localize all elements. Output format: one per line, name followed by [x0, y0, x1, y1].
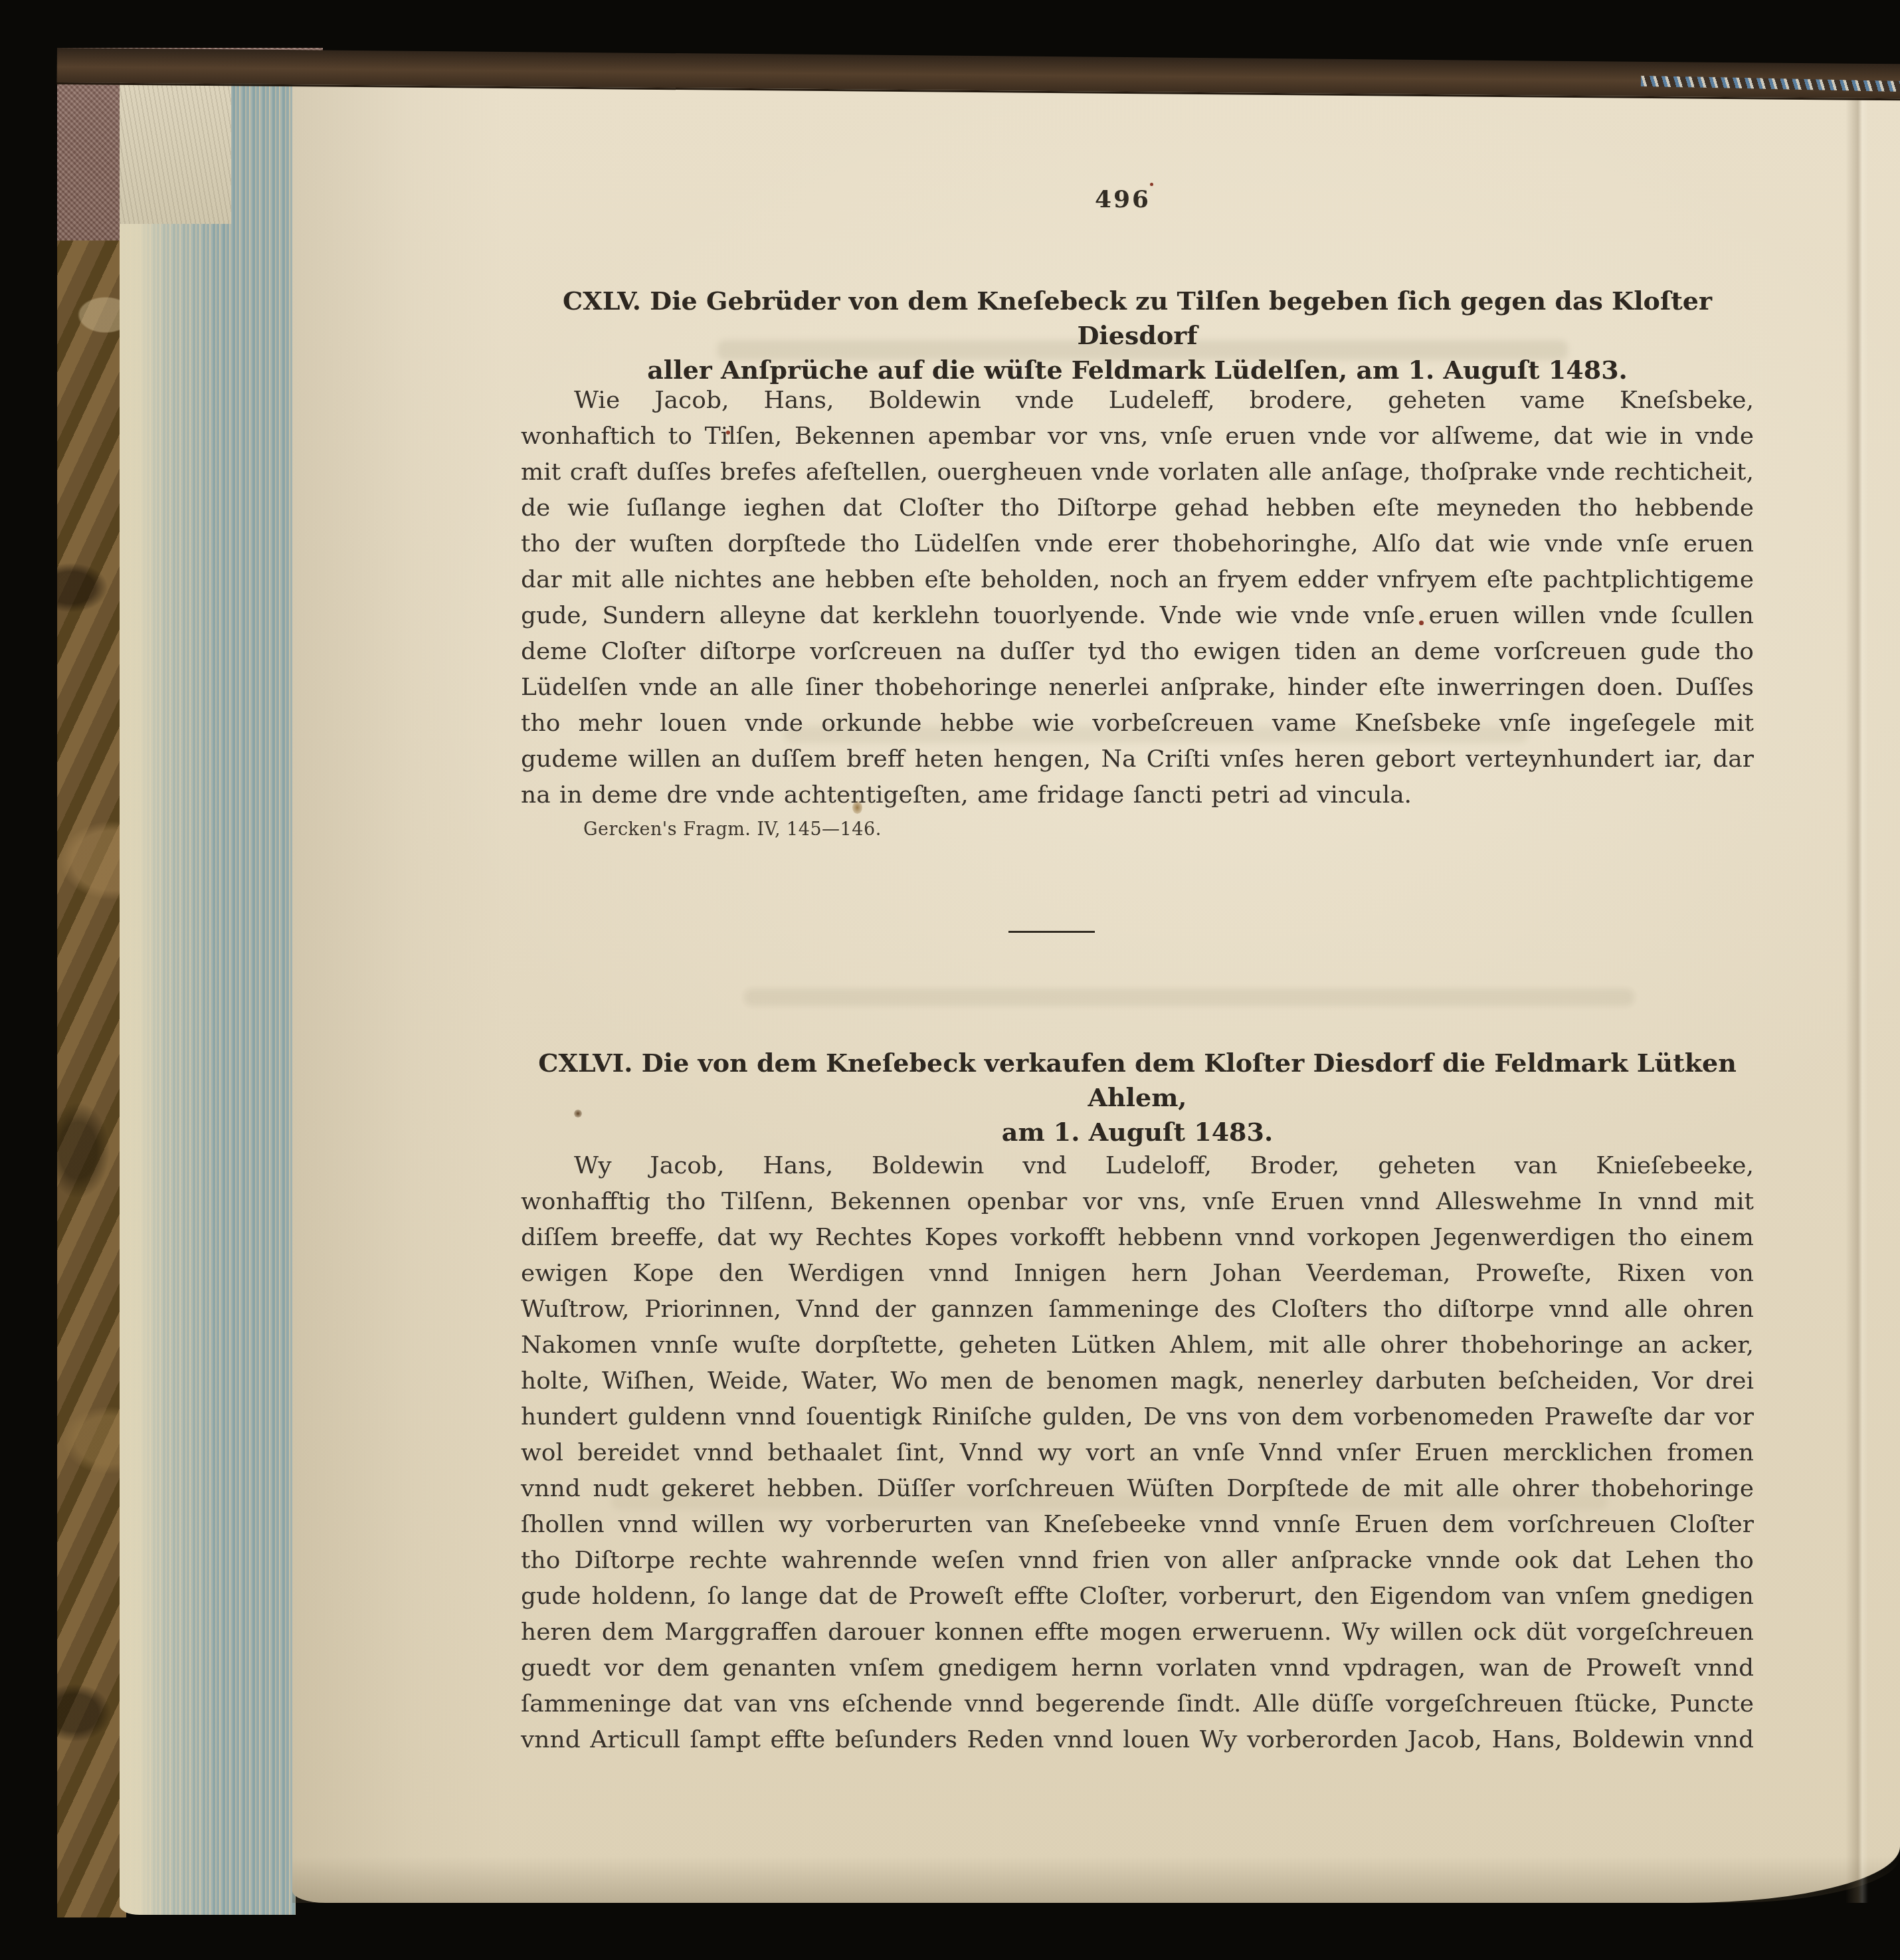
paper-stain [574, 1110, 582, 1118]
body-line: tho mehr louen vnde orkunde hebbe wie vo… [521, 706, 1754, 741]
body-line: Wy Jacob, Hans, Boldewin vnd Ludeloff, B… [521, 1148, 1754, 1184]
book-scan: 496 CXLV. Die Gebrüder von dem Kneſebeck… [0, 0, 1900, 1960]
body-line: mit craft duſſes brefes afeſtellen, ouer… [521, 454, 1754, 490]
document-heading-cxlv: CXLV. Die Gebrüder von dem Kneſebeck zu … [521, 284, 1754, 387]
body-line: ewigen Kope den Werdigen vnnd Innigen he… [521, 1256, 1754, 1292]
body-line: Nakomen vnnſe wuſte dorpſtette, geheten … [521, 1327, 1754, 1363]
paper-stain [1419, 621, 1424, 625]
body-line: gude holdenn, ſo lange dat de Proweſt ef… [521, 1579, 1754, 1615]
body-line: tho der wuſten dorpſtede tho Lüdelſen vn… [521, 526, 1754, 562]
page-number: 496 [521, 185, 1725, 213]
heading-line: CXLV. Die Gebrüder von dem Kneſebeck zu … [521, 284, 1754, 353]
body-line: holte, Wiſhen, Weide, Water, Wo men de b… [521, 1363, 1754, 1399]
page-block-top-edge [120, 81, 231, 224]
body-line: vnnd nudt gekeret hebben. Düſſer vorſchr… [521, 1471, 1754, 1507]
body-line: deme Cloſter diſtorpe vorſcreuen na duſſ… [521, 634, 1754, 670]
body-line: ſhollen vnnd willen wy vorberurten van K… [521, 1507, 1754, 1543]
page-block-fore-edge [120, 81, 296, 1915]
section-divider [1008, 931, 1095, 933]
body-line: de wie ſuſlange ieghen dat Cloſter tho D… [521, 490, 1754, 526]
document-body-cxlvi: Wy Jacob, Hans, Boldewin vnd Ludeloff, B… [521, 1148, 1754, 1758]
body-line: wonhaftich to Tilſen, Bekennen apembar v… [521, 419, 1754, 454]
body-line: gude, Sundern alleyne dat kerklehn touor… [521, 598, 1754, 634]
body-line: diſſem breeffe, dat wy Rechtes Kopes vor… [521, 1220, 1754, 1256]
body-line: Wie Jacob, Hans, Boldewin vnde Ludeleff,… [521, 383, 1754, 419]
paper-stain [726, 431, 730, 435]
body-line: guedt vor dem genanten vnſem gnedigem he… [521, 1650, 1754, 1686]
body-line: Wuſtrow, Priorinnen, Vnnd der gannzen ſa… [521, 1292, 1754, 1327]
body-line: wonhafftig tho Tilſenn, Bekennen openbar… [521, 1184, 1754, 1220]
body-line: dar mit alle nichtes ane hebben eſte beh… [521, 562, 1754, 598]
body-line: wol bereidet vnnd bethaalet ſint, Vnnd w… [521, 1435, 1754, 1471]
body-line: ſammeninge dat van vns eſchende vnnd beg… [521, 1686, 1754, 1722]
paper-stain [852, 801, 862, 814]
paper-stain [1150, 183, 1153, 186]
body-line: hundert guldenn vnnd ſouentigk Riniſche … [521, 1399, 1754, 1435]
body-line: tho Diſtorpe rechte wahrennde weſen vnnd… [521, 1543, 1754, 1579]
document-body-cxlv: Wie Jacob, Hans, Boldewin vnde Ludeleff,… [521, 383, 1754, 813]
show-through [744, 989, 1634, 1006]
marbled-cover-edge [57, 213, 126, 1917]
body-line: Lüdelſen vnde an alle ſiner thobehoringe… [521, 670, 1754, 706]
heading-line: am 1. Auguſt 1483. [521, 1115, 1754, 1149]
body-line: vnnd Articull ſampt effte beſunders Rede… [521, 1722, 1754, 1758]
body-line: heren dem Marggraffen darouer konnen eff… [521, 1615, 1754, 1650]
body-line: gudeme willen an duſſem breff heten heng… [521, 741, 1754, 777]
body-line: na in deme dre vnde achtentigeſten, ame … [521, 777, 1754, 813]
source-citation: Gercken's Fragm. IV, 145—146. [583, 819, 882, 840]
heading-line: CXLVI. Die von dem Kneſebeck verkaufen d… [521, 1046, 1754, 1115]
document-heading-cxlvi: CXLVI. Die von dem Kneſebeck verkaufen d… [521, 1046, 1754, 1149]
